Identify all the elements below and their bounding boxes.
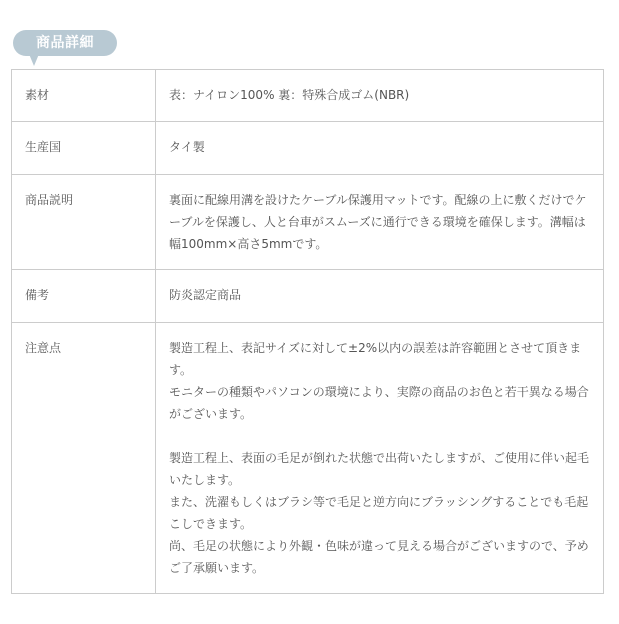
- caution-paragraph: また、洗濯もしくはブラシ等で毛足と逆方向にブラッシングすることでも毛起こしできま…: [169, 491, 589, 535]
- material-label: 素材: [12, 70, 156, 122]
- caution-block-pile: 製造工程上、表面の毛足が倒れた状態で出荷いたしますが、ご使用に伴い起毛いたします…: [169, 447, 589, 579]
- description-value: 裏面に配線用溝を設けたケーブル保護用マットです。配線の上に敷くだけでケーブルを保…: [156, 175, 604, 270]
- caution-paragraph: 尚、毛足の状態により外観・色味が違って見える場合がございますので、予めご了承願い…: [169, 535, 589, 579]
- origin-label: 生産国: [12, 122, 156, 175]
- origin-value: タイ製: [156, 122, 604, 175]
- product-details-table: 素材 表：ナイロン100% 裏：特殊合成ゴム(NBR) 生産国 タイ製 商品説明…: [11, 69, 604, 594]
- remarks-value: 防炎認定商品: [156, 270, 604, 323]
- table-row-material: 素材 表：ナイロン100% 裏：特殊合成ゴム(NBR): [12, 70, 604, 122]
- section-title: 商品詳細: [36, 35, 94, 51]
- material-value: 表：ナイロン100% 裏：特殊合成ゴム(NBR): [156, 70, 604, 122]
- caution-paragraph: 製造工程上、表記サイズに対して±2%以内の誤差は許容範囲とさせて頂きます。: [169, 337, 589, 381]
- section-title-badge: 商品詳細: [13, 30, 117, 56]
- caution-paragraph: モニターの種類やパソコンの環境により、実際の商品のお色と若干異なる場合がございま…: [169, 381, 589, 425]
- table-row-description: 商品説明 裏面に配線用溝を設けたケーブル保護用マットです。配線の上に敷くだけでケ…: [12, 175, 604, 270]
- caution-paragraph: 製造工程上、表面の毛足が倒れた状態で出荷いたしますが、ご使用に伴い起毛いたします…: [169, 447, 589, 491]
- caution-block-size-color: 製造工程上、表記サイズに対して±2%以内の誤差は許容範囲とさせて頂きます。 モニ…: [169, 337, 589, 425]
- caution-label: 注意点: [12, 323, 156, 594]
- paragraph-spacer: [169, 425, 589, 447]
- caution-value: 製造工程上、表記サイズに対して±2%以内の誤差は許容範囲とさせて頂きます。 モニ…: [156, 323, 604, 594]
- table-row-remarks: 備考 防炎認定商品: [12, 270, 604, 323]
- remarks-label: 備考: [12, 270, 156, 323]
- table-row-origin: 生産国 タイ製: [12, 122, 604, 175]
- table-row-caution: 注意点 製造工程上、表記サイズに対して±2%以内の誤差は許容範囲とさせて頂きます…: [12, 323, 604, 594]
- description-label: 商品説明: [12, 175, 156, 270]
- speech-bubble-pointer: [29, 54, 39, 66]
